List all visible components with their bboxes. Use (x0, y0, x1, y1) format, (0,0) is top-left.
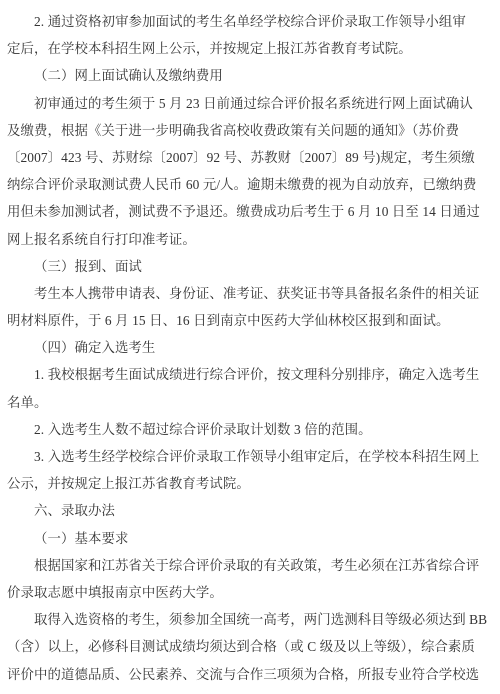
document-page: 2. 通过资格初审参加面试的考生名单经学校综合评价录取工作领导小组审 定后，在学… (0, 0, 500, 694)
text-line: 名单。 (7, 389, 495, 416)
text-line: 3. 入选考生经学校综合评价录取工作领导小组审定后，在学校本科招生网上 (7, 443, 495, 470)
text-line: 初审通过的考生须于 5 月 23 日前通过综合评价报名系统进行网上面试确认 (7, 90, 495, 117)
section-heading: （二）网上面试确认及缴纳费用 (7, 62, 495, 89)
text-line: 定后，在学校本科招生网上公示，并按规定上报江苏省教育考试院。 (7, 35, 495, 62)
text-line: 2. 通过资格初审参加面试的考生名单经学校综合评价录取工作领导小组审 (7, 8, 495, 35)
text-line: （含）以上，必修科目测试成绩均须达到合格（或 C 级及以上等级），综合素质 (7, 633, 495, 660)
text-line: 用但未参加测试者，测试费不予退还。缴费成功后考生于 6 月 10 日至 14 日… (7, 198, 495, 225)
text-line: 明材料原件，于 6 月 15 日、16 日到南京中医药大学仙林校区报到和面试。 (7, 307, 495, 334)
text-line: 〔2007〕423 号、苏财综〔2007〕92 号、苏教财〔2007〕89 号)… (7, 144, 495, 171)
section-heading: （一）基本要求 (7, 525, 495, 552)
text-line: 1. 我校根据考生面试成绩进行综合评价，按文理科分别排序，确定入选考生 (7, 361, 495, 388)
text-line: 评价中的道德品质、公民素养、交流与合作三项须为合格，所报专业符合学校选 (7, 661, 495, 688)
text-line: 网上报名系统自行打印准考证。 (7, 226, 495, 253)
section-heading: 六、录取办法 (7, 497, 495, 524)
text-line: 2. 入选考生人数不超过综合评价录取计划数 3 倍的范围。 (7, 416, 495, 443)
text-line: 纳综合评价录取测试费人民币 60 元/人。逾期未缴费的视为自动放弃，已缴纳费 (7, 171, 495, 198)
text-line: 根据国家和江苏省关于综合评价录取的有关政策，考生必须在江苏省综合评 (7, 552, 495, 579)
text-line: 考生本人携带申请表、身份证、准考证、获奖证书等具备报名条件的相关证 (7, 280, 495, 307)
section-heading: （四）确定入选考生 (7, 334, 495, 361)
section-heading: （三）报到、面试 (7, 253, 495, 280)
text-line: 公示，并按规定上报江苏省教育考试院。 (7, 470, 495, 497)
text-line: 及缴费，根据《关于进一步明确我省高校收费政策有关问题的通知》（苏价费 (7, 117, 495, 144)
text-line: 取得入选资格的考生，须参加全国统一高考，两门选测科目等级必须达到 BB (7, 606, 495, 633)
text-line: 价录取志愿中填报南京中医药大学。 (7, 579, 495, 606)
